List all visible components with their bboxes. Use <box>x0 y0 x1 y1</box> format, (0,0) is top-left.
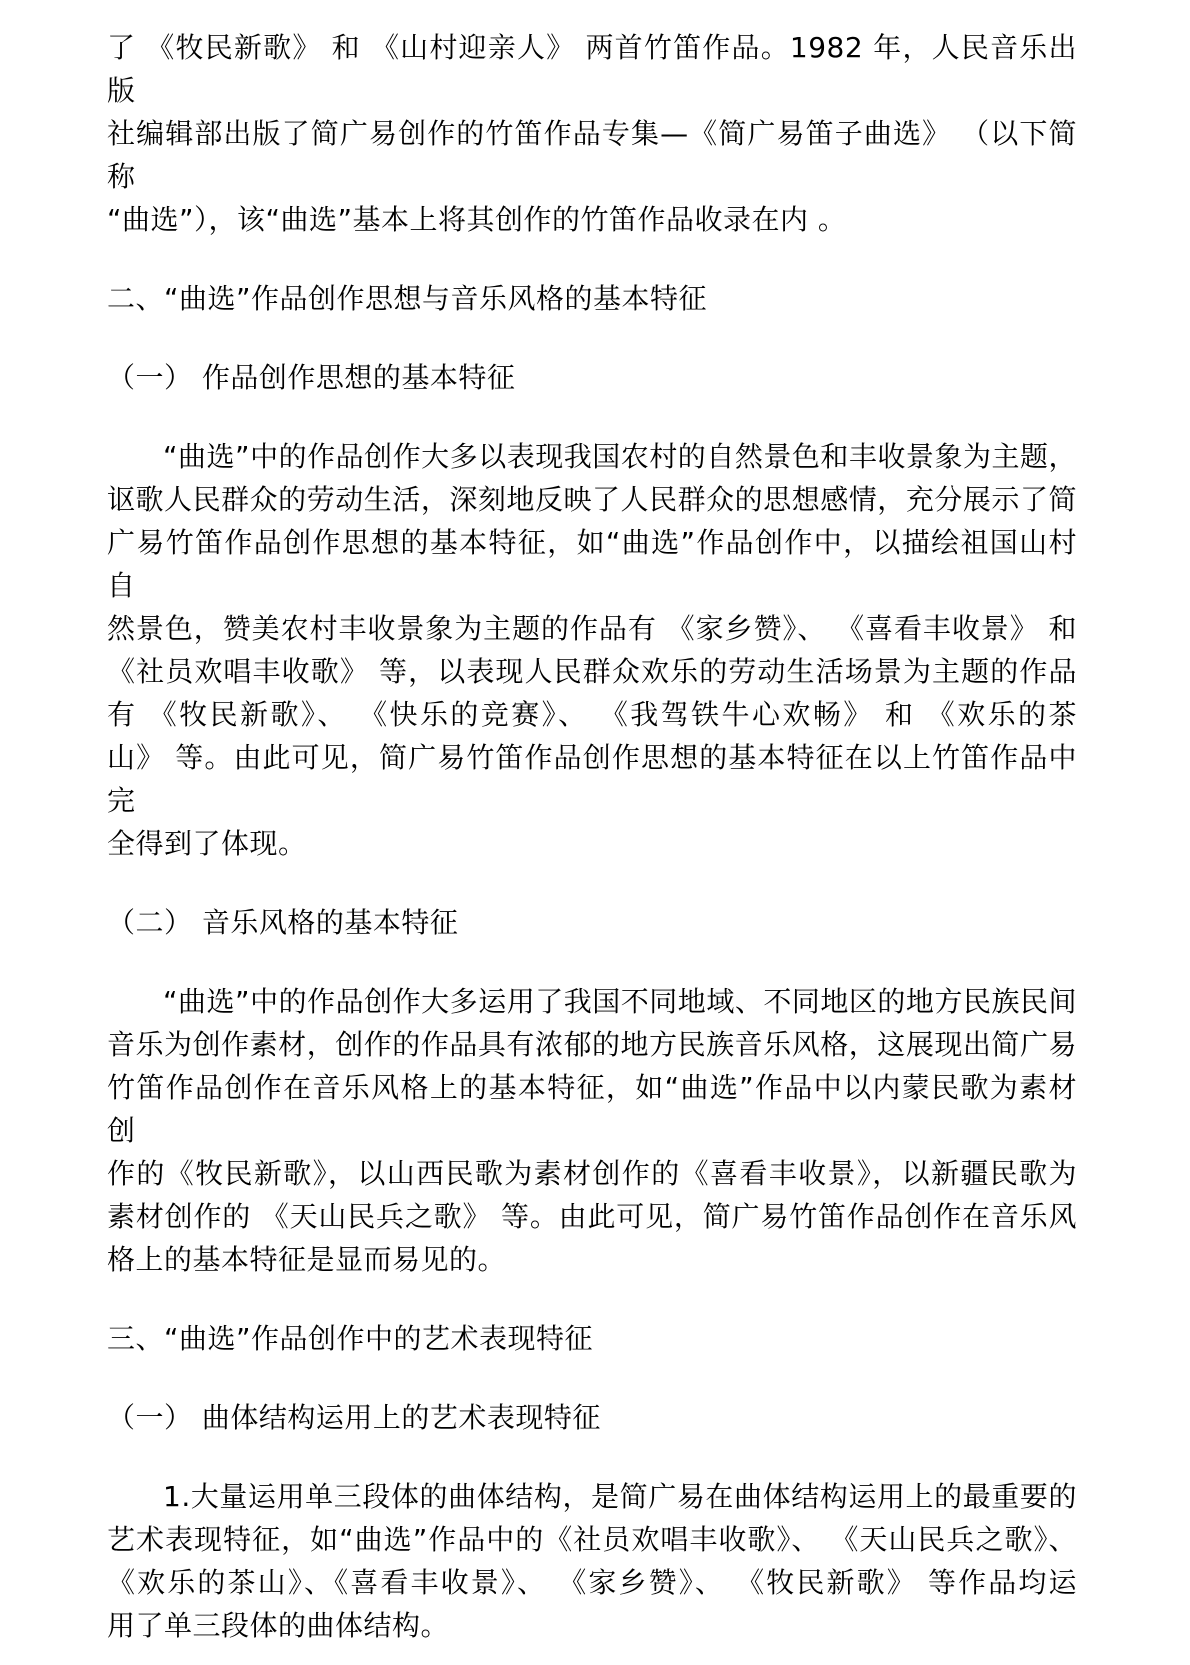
text-line: 讴歌人民群众的劳动生活，深刻地反映了人民群众的思想感情，充分展示了简 <box>107 478 1077 521</box>
text-line: “曲选”），该“曲选”基本上将其创作的竹笛作品收录在内 。 <box>107 198 1077 241</box>
heading-line: 三、“曲选”作品创作中的艺术表现特征 <box>107 1317 1077 1360</box>
text-line: 《欢乐的茶山》、《喜看丰收景》、 《家乡赞》、 《牧民新歌》 等作品均运 <box>107 1561 1077 1604</box>
heading-line: （二） 音乐风格的基本特征 <box>107 901 1077 944</box>
text-line: “曲选”中的作品创作大多以表现我国农村的自然景色和丰收景象为主题， <box>107 435 1077 478</box>
text-line: 音乐为创作素材，创作的作品具有浓郁的地方民族音乐风格，这展现出简广易 <box>107 1023 1077 1066</box>
paragraph: “曲选”中的作品创作大多以表现我国农村的自然景色和丰收景象为主题，讴歌人民群众的… <box>107 435 1077 865</box>
text-line: 有 《牧民新歌》、 《快乐的竞赛》、 《我驾铁牛心欢畅》 和 《欢乐的茶 <box>107 693 1077 736</box>
text-line: 素材创作的 《天山民兵之歌》 等。由此可见，简广易竹笛作品创作在音乐风 <box>107 1195 1077 1238</box>
text-line: 社编辑部出版了简广易创作的竹笛作品专集—《简广易笛子曲选》 （以下简称 <box>107 112 1077 198</box>
paragraph: 1.大量运用单三段体的曲体结构，是简广易在曲体结构运用上的最重要的艺术表现特征，… <box>107 1475 1077 1647</box>
section-heading: （一） 曲体结构运用上的艺术表现特征 <box>107 1396 1077 1439</box>
text-line: 《社员欢唱丰收歌》 等，以表现人民群众欢乐的劳动生活场景为主题的作品 <box>107 650 1077 693</box>
section-heading: （一） 作品创作思想的基本特征 <box>107 356 1077 399</box>
text-line: 作的《牧民新歌》，以山西民歌为素材创作的《喜看丰收景》，以新疆民歌为 <box>107 1152 1077 1195</box>
text-line: 了 《牧民新歌》 和 《山村迎亲人》 两首竹笛作品。1982 年，人民音乐出版 <box>107 26 1077 112</box>
text-line: “曲选”中的作品创作大多运用了我国不同地域、不同地区的地方民族民间 <box>107 980 1077 1023</box>
text-line: 艺术表现特征，如“曲选”作品中的《社员欢唱丰收歌》、 《天山民兵之歌》、 <box>107 1518 1077 1561</box>
paragraph: 了 《牧民新歌》 和 《山村迎亲人》 两首竹笛作品。1982 年，人民音乐出版社… <box>107 26 1077 241</box>
heading-line: （一） 作品创作思想的基本特征 <box>107 356 1077 399</box>
document-body: 了 《牧民新歌》 和 《山村迎亲人》 两首竹笛作品。1982 年，人民音乐出版社… <box>0 0 1190 1665</box>
section-heading: 二、“曲选”作品创作思想与音乐风格的基本特征 <box>107 277 1077 320</box>
text-line: 竹笛作品创作在音乐风格上的基本特征，如“曲选”作品中以内蒙民歌为素材创 <box>107 1066 1077 1152</box>
section-heading: （二） 音乐风格的基本特征 <box>107 901 1077 944</box>
text-line: 用了单三段体的曲体结构。 <box>107 1604 1077 1647</box>
text-line: 1.大量运用单三段体的曲体结构，是简广易在曲体结构运用上的最重要的 <box>107 1475 1077 1518</box>
text-line: 全得到了体现。 <box>107 822 1077 865</box>
text-line: 广易竹笛作品创作思想的基本特征，如“曲选”作品创作中，以描绘祖国山村自 <box>107 521 1077 607</box>
text-line: 然景色，赞美农村丰收景象为主题的作品有 《家乡赞》、 《喜看丰收景》 和 <box>107 607 1077 650</box>
section-heading: 三、“曲选”作品创作中的艺术表现特征 <box>107 1317 1077 1360</box>
text-line: 格上的基本特征是显而易见的。 <box>107 1238 1077 1281</box>
heading-line: （一） 曲体结构运用上的艺术表现特征 <box>107 1396 1077 1439</box>
paragraph: “曲选”中的作品创作大多运用了我国不同地域、不同地区的地方民族民间音乐为创作素材… <box>107 980 1077 1281</box>
heading-line: 二、“曲选”作品创作思想与音乐风格的基本特征 <box>107 277 1077 320</box>
text-line: 山》 等。由此可见，简广易竹笛作品创作思想的基本特征在以上竹笛作品中完 <box>107 736 1077 822</box>
document-page: 了 《牧民新歌》 和 《山村迎亲人》 两首竹笛作品。1982 年，人民音乐出版社… <box>0 0 1190 1665</box>
